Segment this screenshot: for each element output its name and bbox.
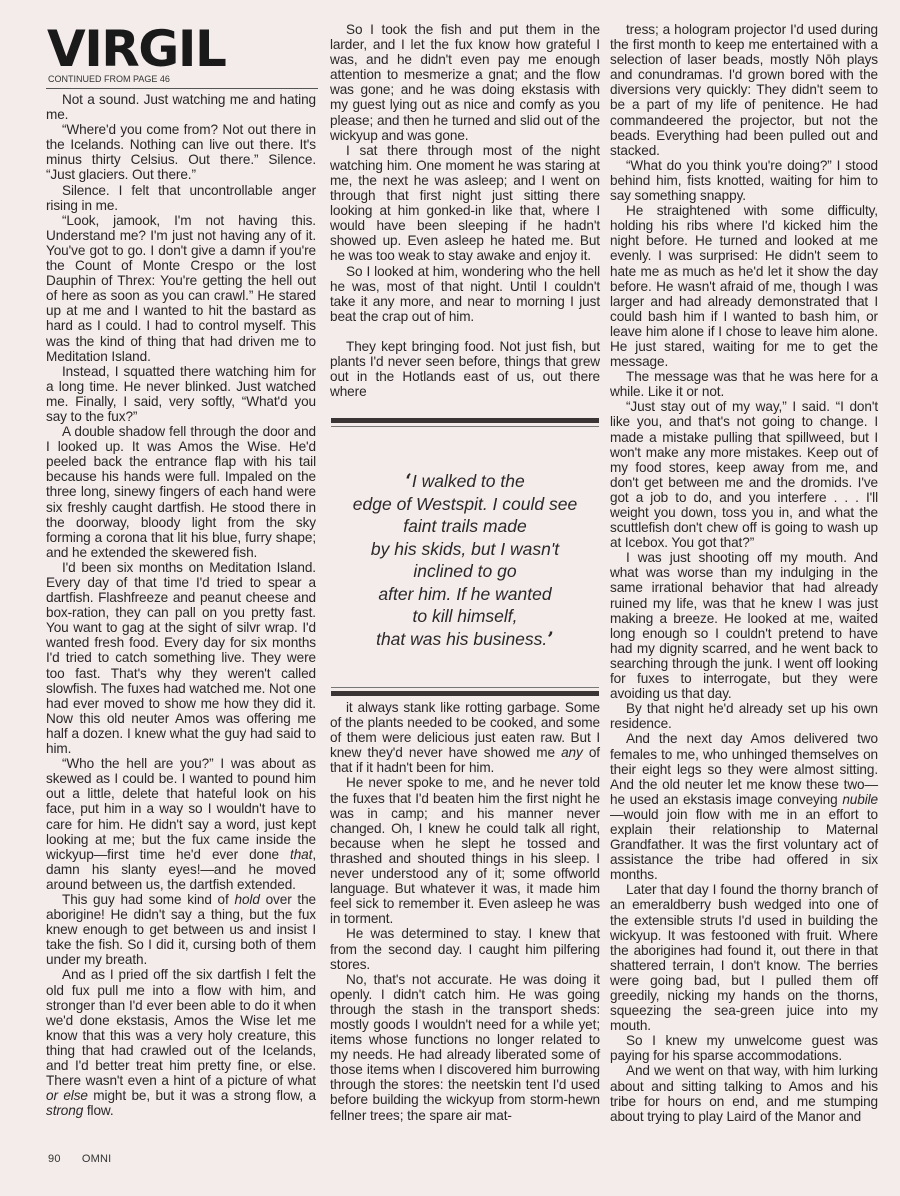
column-2-lower-body: it always stank like rotting garbage. So… <box>330 700 600 1123</box>
paragraph: Later that day I found the thorny branch… <box>610 882 878 1033</box>
paragraph: I was just shooting off my mouth. And wh… <box>610 550 878 701</box>
pull-quote-line: inclined to go <box>331 560 599 583</box>
thin-rule <box>331 426 599 427</box>
paragraph: Instead, I squatted there watching him f… <box>46 364 316 424</box>
paragraph: A double shadow fell through the door an… <box>46 424 316 560</box>
paragraph: it always stank like rotting garbage. So… <box>330 700 600 775</box>
paragraph: “Who the hell are you?” I was about as s… <box>46 756 316 892</box>
pull-quote-line: ‘I walked to the <box>331 470 599 493</box>
section-break <box>330 324 600 339</box>
magazine-page: VIRGIL CONTINUED FROM PAGE 46 Not a soun… <box>0 0 900 1196</box>
paragraph: He was determined to stay. I knew that f… <box>330 926 600 971</box>
paragraph: “What do you think you're doing?” I stoo… <box>610 158 878 203</box>
column-1-body: Not a sound. Just watching me and hating… <box>46 92 316 1118</box>
title-divider <box>46 88 318 89</box>
close-quote-mark-icon: ’ <box>547 628 554 650</box>
paragraph: tress; a hologram projector I'd used dur… <box>610 22 878 158</box>
thin-rule <box>331 687 599 688</box>
page-footer: 90 OMNI <box>48 1153 111 1165</box>
paragraph: The message was that he was here for a w… <box>610 369 878 399</box>
paragraph: So I took the fish and put them in the l… <box>330 22 600 143</box>
paragraph: “Where'd you come from? Not out there in… <box>46 122 316 182</box>
paragraph: And we went on that way, with him lurkin… <box>610 1063 878 1123</box>
pull-quote: ‘I walked to theedge of Westspit. I coul… <box>331 470 599 650</box>
column-3-body: tress; a hologram projector I'd used dur… <box>610 22 878 1124</box>
pullquote-top-rule <box>331 418 599 427</box>
page-number: 90 <box>48 1153 61 1165</box>
column-2-upper-body: So I took the fish and put them in the l… <box>330 22 600 399</box>
paragraph: So I knew my unwelcome guest was paying … <box>610 1033 878 1063</box>
column-3: tress; a hologram projector I'd used dur… <box>610 22 878 1124</box>
story-title: VIRGIL <box>47 28 225 70</box>
paragraph: He never spoke to me, and he never told … <box>330 775 600 926</box>
paragraph: Silence. I felt that uncontrollable ange… <box>46 183 316 213</box>
pullquote-bottom-rule <box>331 687 599 696</box>
magazine-name: OMNI <box>82 1153 112 1165</box>
thick-rule <box>331 691 599 696</box>
continued-from-label: CONTINUED FROM PAGE 46 <box>48 74 170 84</box>
paragraph: And as I pried off the six dartfish I fe… <box>46 967 316 1118</box>
paragraph: Not a sound. Just watching me and hating… <box>46 92 316 122</box>
paragraph: “Look, jamook, I'm not having this. Unde… <box>46 213 316 364</box>
paragraph: And the next day Amos delivered two fema… <box>610 731 878 882</box>
open-quote-mark-icon: ‘ <box>405 470 412 492</box>
paragraph: I sat there through most of the night wa… <box>330 143 600 264</box>
paragraph: I'd been six months on Meditation Island… <box>46 560 316 756</box>
pull-quote-line: by his skids, but I wasn't <box>331 538 599 561</box>
paragraph: This guy had some kind of hold over the … <box>46 892 316 967</box>
paragraph: So I looked at him, wondering who the he… <box>330 264 600 324</box>
pull-quote-lines: ‘I walked to theedge of Westspit. I coul… <box>331 470 599 650</box>
pull-quote-line: after him. If he wanted <box>331 583 599 606</box>
pull-quote-line: that was his business.’ <box>331 628 599 651</box>
paragraph: “Just stay out of my way,” I said. “I do… <box>610 399 878 550</box>
pull-quote-line: to kill himself, <box>331 605 599 628</box>
thick-rule <box>331 418 599 423</box>
paragraph: They kept bringing food. Not just fish, … <box>330 339 600 399</box>
pull-quote-line: edge of Westspit. I could see <box>331 493 599 516</box>
paragraph: No, that's not accurate. He was doing it… <box>330 972 600 1123</box>
paragraph: By that night he'd already set up his ow… <box>610 701 878 731</box>
pull-quote-line: faint trails made <box>331 515 599 538</box>
paragraph: He straightened with some difficulty, ho… <box>610 203 878 369</box>
